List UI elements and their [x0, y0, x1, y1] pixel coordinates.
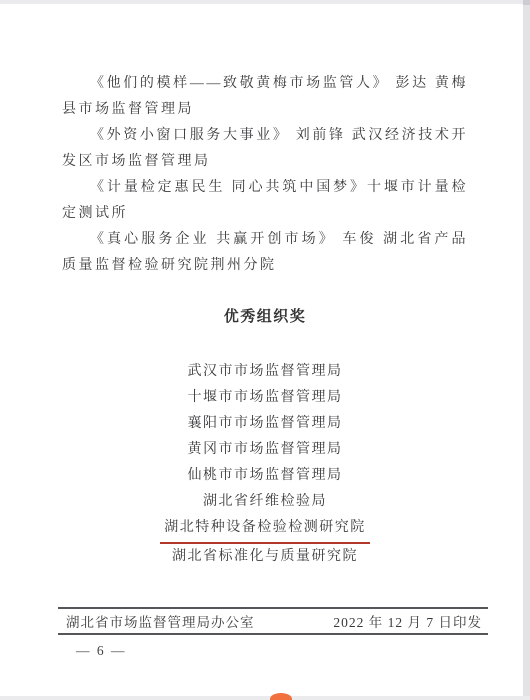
list-item-organization: 湖北省标准化与质量研究院 — [62, 544, 468, 570]
award-entries-section: 《他们的模样——致敬黄梅市场监管人》 彭达 黄梅县市场监督管理局 《外资小窗口服… — [62, 71, 468, 279]
award-entry: 《计量检定惠民生 同心共筑中国梦》十堰市计量检定测试所 — [62, 175, 468, 227]
orange-marker — [270, 693, 292, 700]
list-item-organization: 仙桃市市场监督管理局 — [62, 463, 468, 489]
list-item-organization: 十堰市市场监督管理局 — [62, 385, 468, 411]
list-item-organization: 襄阳市市场监督管理局 — [62, 411, 468, 437]
organization-name: 湖北特种设备检验检测研究院 — [160, 515, 370, 544]
award-entry: 《他们的模样——致敬黄梅市场监管人》 彭达 黄梅县市场监督管理局 — [62, 71, 468, 123]
organization-name: 襄阳市市场监督管理局 — [184, 411, 347, 437]
organization-name: 黄冈市市场监督管理局 — [184, 437, 347, 463]
organization-name: 十堰市市场监督管理局 — [184, 385, 347, 411]
footer-colophon: 湖北省市场监督管理局办公室 2022 年 12 月 7 日印发 — [58, 607, 488, 635]
award-entry: 《真心服务企业 共赢开创市场》 车俊 湖北省产品质量监督检验研究院荆州分院 — [62, 227, 468, 279]
page-edge-top — [0, 0, 530, 4]
document-page: 《他们的模样——致敬黄梅市场监管人》 彭达 黄梅县市场监督管理局 《外资小窗口服… — [0, 0, 530, 700]
page-number: — 6 — — [76, 643, 127, 659]
list-item-organization-red-underlined: 湖北特种设备检验检测研究院 — [62, 515, 468, 544]
organization-name: 武汉市市场监督管理局 — [184, 359, 347, 385]
organization-name: 仙桃市市场监督管理局 — [184, 463, 347, 489]
organization-name: 湖北省纤维检验局 — [199, 489, 331, 515]
section-heading: 优秀组织奖 — [62, 305, 468, 326]
footer-print-date: 2022 年 12 月 7 日印发 — [333, 611, 488, 631]
organization-award-list: 武汉市市场监督管理局 十堰市市场监督管理局 襄阳市市场监督管理局 黄冈市市场监督… — [62, 359, 468, 570]
page-edge-bottom — [0, 696, 530, 700]
page-edge-corner — [523, 0, 530, 5]
list-item-organization: 湖北省纤维检验局 — [62, 489, 468, 515]
organization-name: 湖北省标准化与质量研究院 — [168, 544, 362, 570]
list-item-organization: 黄冈市市场监督管理局 — [62, 437, 468, 463]
award-entry: 《外资小窗口服务大事业》 刘前锋 武汉经济技术开发区市场监督管理局 — [62, 123, 468, 175]
page-edge-right — [523, 0, 530, 700]
footer-issuer: 湖北省市场监督管理局办公室 — [58, 611, 255, 631]
list-item-organization: 武汉市市场监督管理局 — [62, 359, 468, 385]
